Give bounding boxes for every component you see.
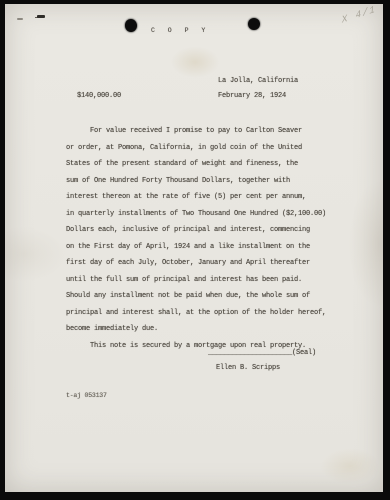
reference-number: t-aj 053137 — [66, 392, 107, 399]
hole-punch-right — [248, 18, 260, 30]
body-line: until the full sum of principal and inte… — [66, 272, 326, 289]
body-line: For value received I promise to pay to C… — [66, 123, 326, 140]
body-line: Dollars each, inclusive of principal and… — [66, 222, 326, 239]
pencil-mark — [17, 18, 23, 20]
body-line: first day of each July, October, January… — [66, 255, 326, 272]
body-line: become immediately due. — [66, 321, 326, 338]
body-line: interest thereon at the rate of five (5)… — [66, 189, 326, 206]
body-line: States of the present standard of weight… — [66, 156, 326, 173]
body-line: in quarterly installments of Two Thousan… — [66, 206, 326, 223]
place-text: La Jolla, California — [218, 77, 298, 85]
hole-punch-left — [125, 19, 137, 32]
body-line: principal and interest shall, at the opt… — [66, 305, 326, 322]
seal-signature-line: _____________________(Seal) — [208, 349, 316, 357]
scanned-document-frame: C O P Y X 4/1 $140,000.00 La Jolla, Cali… — [0, 0, 390, 500]
body-line: or order, at Pomona, California, in gold… — [66, 140, 326, 157]
document-body: For value received I promise to pay to C… — [66, 123, 326, 354]
body-line: sum of One Hundred Forty Thousand Dollar… — [66, 173, 326, 190]
document-paper: C O P Y X 4/1 $140,000.00 La Jolla, Cali… — [5, 4, 383, 492]
body-line: on the First day of April, 1924 and a li… — [66, 239, 326, 256]
signatory-name: Ellen B. Scripps — [216, 364, 280, 372]
date-text: February 28, 1924 — [218, 92, 286, 100]
copy-label: C O P Y — [151, 27, 210, 34]
body-line: Should any installment not be paid when … — [66, 288, 326, 305]
amount-text: $140,000.00 — [77, 92, 121, 100]
pencil-mark — [37, 15, 45, 18]
handwritten-annotation: X 4/1 — [341, 3, 376, 25]
